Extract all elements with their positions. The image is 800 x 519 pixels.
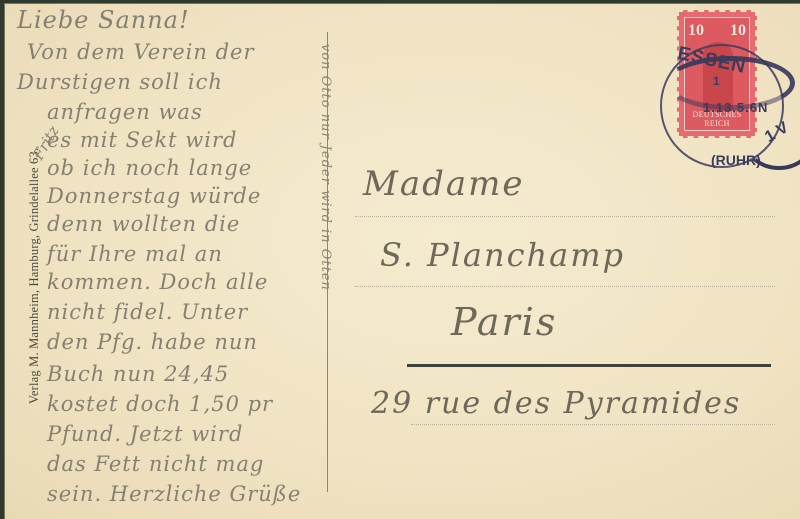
- message-line: denn wollten die: [47, 212, 240, 236]
- postmark-date: 1.13.5.6N: [703, 100, 768, 115]
- message-line: Durstigen soll ich: [17, 70, 223, 94]
- stamp-value-right: 10: [730, 22, 746, 40]
- message-line: Buch nun 24,45: [47, 362, 229, 386]
- address-line-dotted: [411, 424, 775, 425]
- message-line: es mit Sekt wird: [47, 128, 237, 152]
- message-greeting: Liebe Sanna!: [17, 6, 190, 34]
- margin-note-vertical: von Otto nur Jeder wird in Otten: [318, 44, 333, 291]
- address-street: 29 rue des Pyramides: [371, 386, 741, 421]
- message-line: anfragen was: [47, 100, 203, 124]
- address-name: S. Planchamp: [380, 236, 625, 274]
- stamp-value-left: 10: [688, 22, 704, 40]
- message-line: für Ihre mal an: [47, 242, 223, 266]
- address-line-dotted: [355, 286, 775, 287]
- message-line: Donnerstag würde: [47, 184, 261, 208]
- message-line: ob ich noch lange: [47, 156, 252, 180]
- address-line-dotted: [355, 216, 775, 217]
- address-city-underline: [407, 364, 771, 367]
- message-line: den Pfg. habe nun: [47, 330, 258, 354]
- publisher-imprint: Verlag M. Mannheim, Hamburg, Grindelalle…: [27, 148, 42, 404]
- message-line: Von dem Verein der: [27, 40, 255, 64]
- message-line: kommen. Doch alle: [47, 270, 268, 294]
- postmark-office: 1: [713, 74, 720, 88]
- postcard-back: Verlag M. Mannheim, Hamburg, Grindelalle…: [4, 3, 800, 518]
- address-city: Paris: [451, 300, 557, 344]
- message-line: Pfund. Jetzt wird: [47, 422, 243, 446]
- address-salutation: Madame: [363, 164, 524, 204]
- message-line: kostet doch 1,50 pr: [47, 392, 273, 416]
- message-line: das Fett nicht mag: [47, 452, 264, 476]
- message-line: sein. Herzliche Grüße: [47, 482, 301, 506]
- message-line: nicht fidel. Unter: [47, 300, 248, 324]
